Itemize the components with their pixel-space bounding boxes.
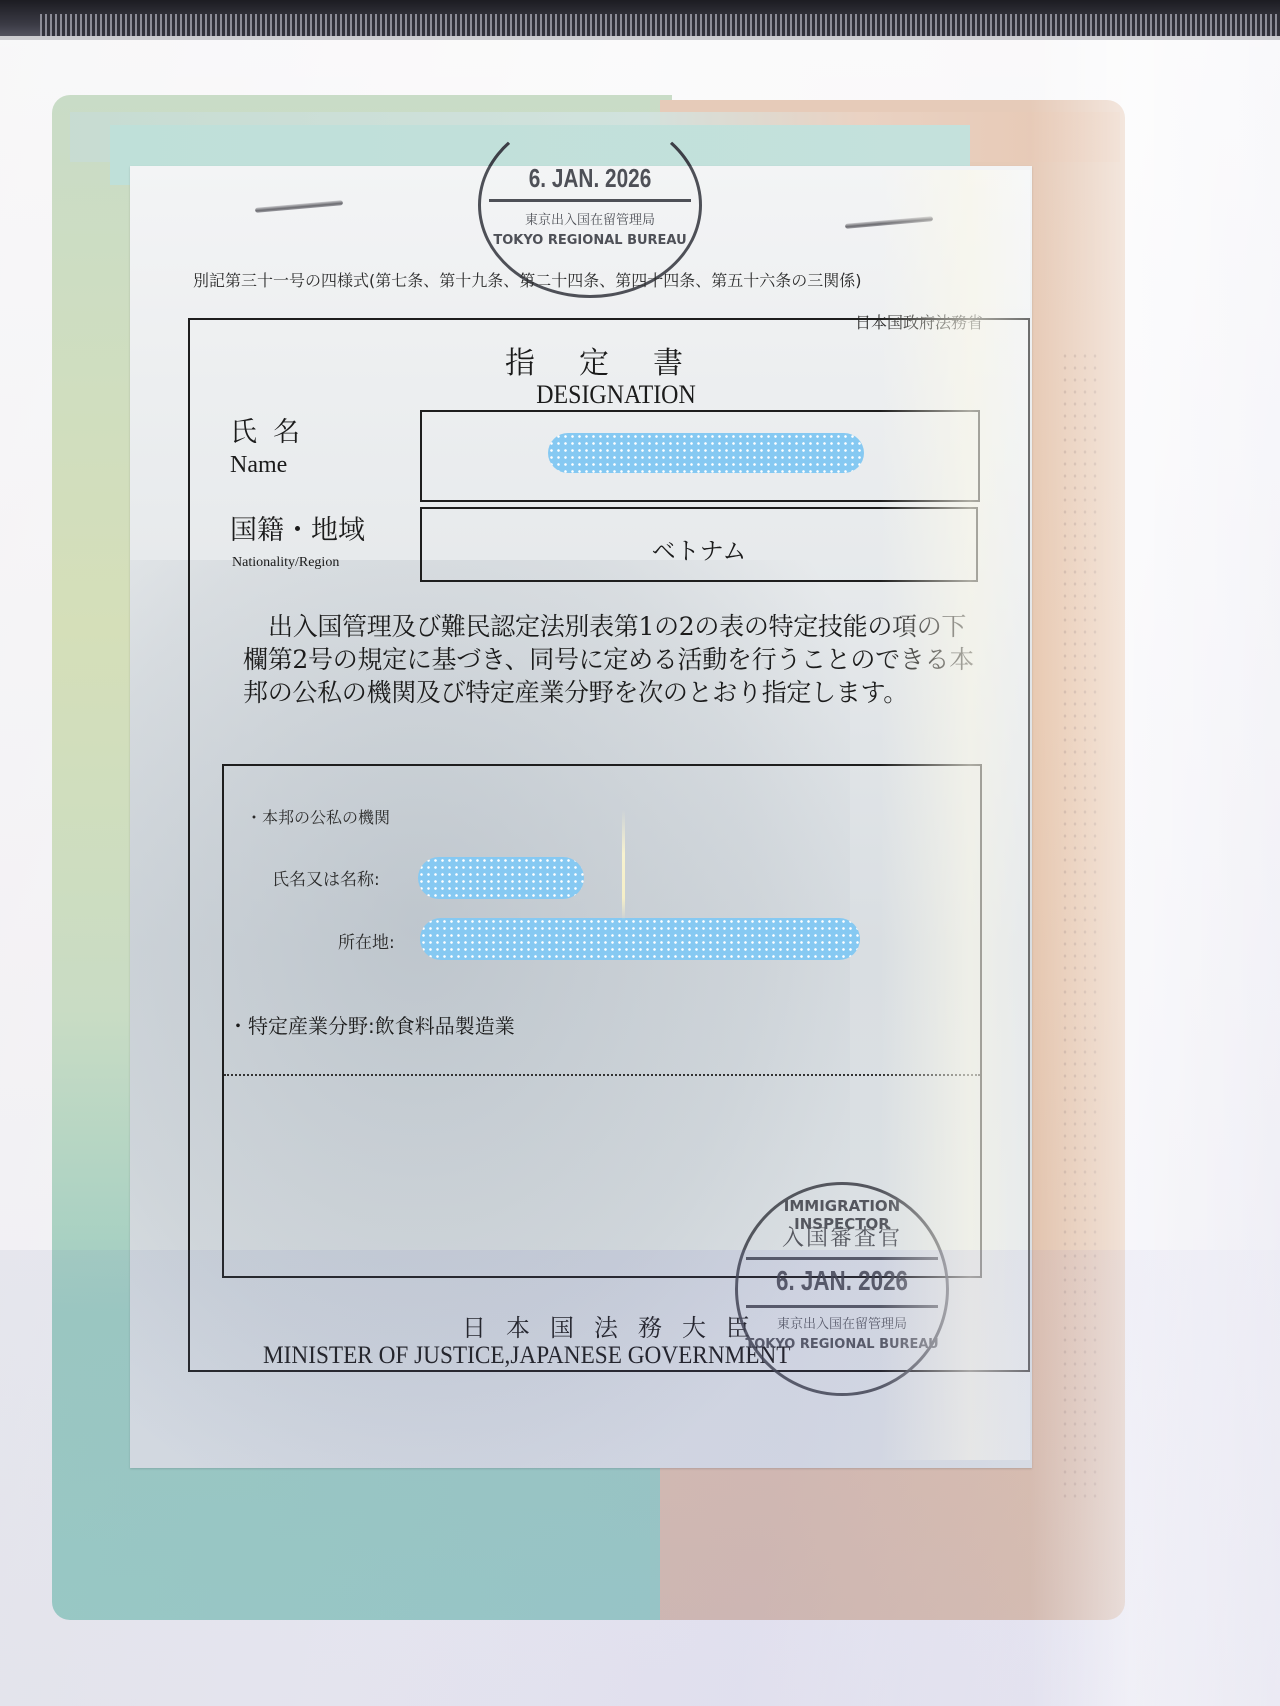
- paper-scratch: [622, 810, 625, 920]
- stamp-office-jp: 東京出入国在留管理局: [481, 209, 699, 228]
- dotted-divider: [224, 1074, 980, 1076]
- sleeve-zipper: [40, 14, 1280, 36]
- name-label-en: Name: [230, 452, 287, 479]
- document-title-en: DESIGNATION: [49, 380, 1182, 410]
- organization-name-label: 氏名又は名称:: [272, 865, 380, 890]
- nationality-field: ベトナム: [420, 507, 978, 582]
- nationality-value: ベトナム: [422, 531, 976, 566]
- organization-address-label: 所在地:: [338, 928, 395, 953]
- nationality-label-jp: 国籍・地域: [230, 508, 365, 547]
- nationality-label-en: Nationality/Region: [232, 555, 339, 571]
- stamp-office-en: TOKYO REGIONAL BUREAU: [481, 233, 699, 248]
- name-redaction: [548, 433, 864, 473]
- organization-address-redaction: [420, 918, 860, 960]
- form-reference: 別記第三十一号の四様式(第七条、第十九条、第二十四条、第四十四条、第五十六条の三…: [193, 268, 862, 291]
- stamp-date: 6. JAN. 2026: [503, 163, 677, 194]
- organization-heading: ・本邦の公私の機関: [246, 805, 390, 828]
- stamp-divider: [489, 199, 691, 202]
- designation-statement: 出入国管理及び難民認定法別表第1の2の表の特定技能の項の下欄第2号の規定に基づき…: [243, 610, 983, 709]
- name-label-jp: 氏名: [230, 410, 316, 449]
- stamp-title-jp: 入国審査官: [738, 1221, 946, 1252]
- industry-field: ・特定産業分野:飲食料品製造業: [228, 1010, 515, 1039]
- shadow-bottom: [0, 1250, 1280, 1706]
- organization-name-redaction: [418, 857, 584, 899]
